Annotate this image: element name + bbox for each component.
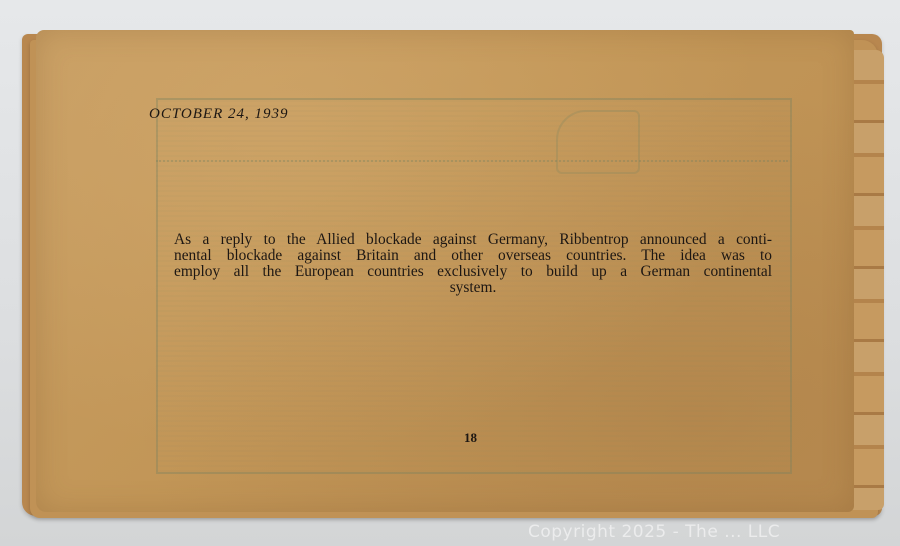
page-number: 18 xyxy=(464,430,477,446)
bleed-through-wave-line xyxy=(156,160,788,172)
bleed-through-figure xyxy=(556,110,640,174)
copyright-watermark: Copyright 2025 - The ... LLC xyxy=(528,522,780,542)
date-heading: OCTOBER 24, 1939 xyxy=(149,106,288,123)
body-paragraph: As a reply to the Allied blockade agains… xyxy=(174,232,772,296)
document-page: ​ ​ OCTOBER 24, 1939 As a reply to the A… xyxy=(36,30,854,512)
paragraph-line: nental blockade against Britain and othe… xyxy=(174,248,772,264)
paragraph-line: system. xyxy=(174,280,772,296)
paragraph-line: employ all the European countries exclus… xyxy=(174,264,772,280)
paragraph-line: As a reply to the Allied blockade agains… xyxy=(174,232,772,248)
bleed-through-bottom-caption: ​ xyxy=(376,478,576,490)
